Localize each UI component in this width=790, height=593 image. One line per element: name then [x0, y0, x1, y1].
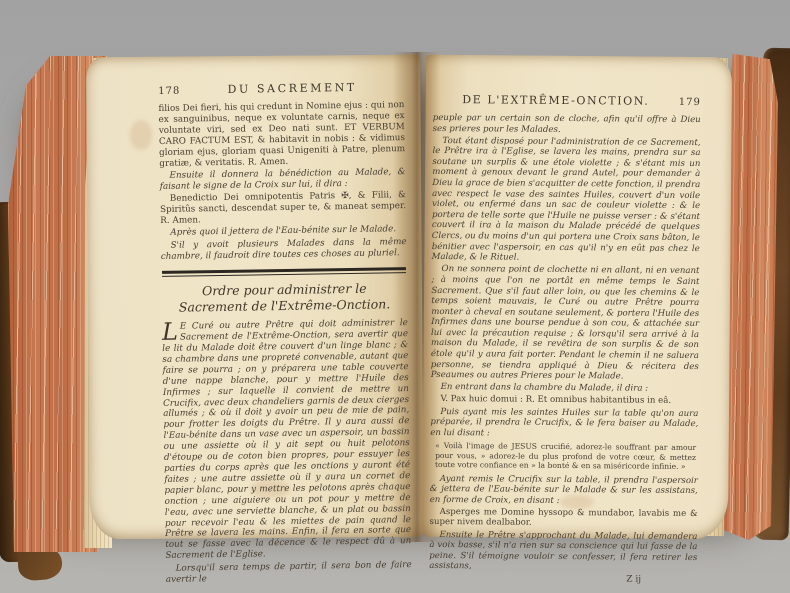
- section-heading: Ordre pour administrer le Sacrement de l…: [167, 280, 401, 315]
- right-page-text: DE L'EXTRÊME-ONCTION. 179 peuple par un …: [429, 93, 701, 585]
- photo-of-open-book: 178 DU SACREMENT filios Dei fieri, his q…: [0, 0, 790, 593]
- paragraph: filios Dei fieri, his qui credunt in Nom…: [158, 100, 405, 169]
- right-running-head: DE L'EXTRÊME-ONCTION. 179: [433, 93, 701, 108]
- benediction-paragraph: Benedictio Dei omnipotentis Patris ✠, & …: [160, 190, 406, 227]
- paragraph: On ne sonnera point de clochette ni en a…: [431, 264, 700, 383]
- signature-mark: Z ij: [429, 573, 697, 585]
- rubric-paragraph: Puis ayant mis les saintes Huiles sur la…: [430, 406, 698, 440]
- lead-paragraph: LE Curé ou autre Prêtre qui doit adminis…: [162, 318, 412, 562]
- rubric-paragraph: Ensuite il donnera la bénédiction au Mal…: [159, 167, 405, 193]
- asperges-line: Asperges me Domine hyssopo & mundabor, l…: [430, 507, 698, 530]
- paragraph: Tout étant disposé pour l'administration…: [432, 136, 701, 265]
- drop-cap-initial: L: [162, 322, 178, 342]
- rubric-paragraph: En entrant dans la chambre du Malade, il…: [431, 382, 699, 395]
- right-running-title: DE L'EXTRÊME-ONCTION.: [433, 93, 679, 108]
- closing-line: Lorsqu'il sera temps de partir, il sera …: [166, 560, 412, 586]
- right-page-number: 179: [679, 97, 701, 108]
- lead-paragraph-text: E Curé ou autre Prêtre qui doit administ…: [162, 318, 411, 561]
- rubric-paragraph: Ayant remis le Crucifix sur la table, il…: [430, 473, 698, 507]
- left-page-text: 178 DU SACREMENT filios Dei fieri, his q…: [158, 80, 412, 587]
- left-page-number: 178: [158, 86, 180, 97]
- left-running-head: 178 DU SACREMENT: [158, 80, 404, 97]
- left-running-title: DU SACREMENT: [180, 80, 404, 97]
- paragraph: peuple par un certain son de cloche, afi…: [433, 113, 701, 136]
- versicle-response-line: V. Pax huic domui : R. Et omnibus habita…: [430, 394, 698, 407]
- foxing-spot: [130, 120, 152, 150]
- double-rule: [162, 267, 406, 277]
- quoted-exhortation: « Voilà l'image de JESUS crucifié, adore…: [430, 441, 698, 471]
- rubric-paragraph: S'il y avoit plusieurs Malades dans la m…: [161, 237, 407, 263]
- rubric-paragraph: Ensuite le Prêtre s'approchant du Malade…: [429, 529, 697, 573]
